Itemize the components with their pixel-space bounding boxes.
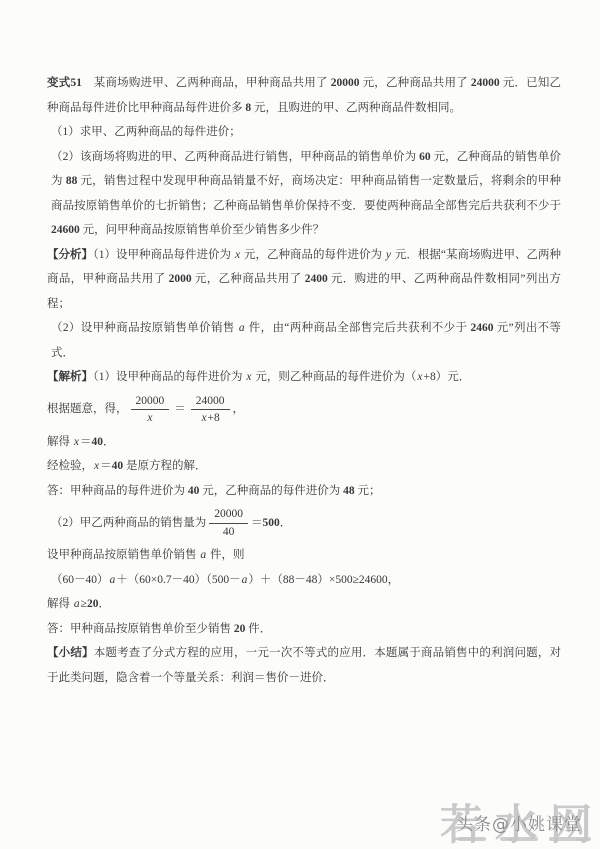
- fraction-denominator: x+8: [200, 410, 219, 425]
- equation-fraction-2: （2）甲乙两种商品的销售量为 20000 40 ＝500．: [47, 503, 561, 543]
- analysis-part-2: （2）设甲种商品按原销售单价销售 a 件，由“两种商品全部售完后共获利不少于 2…: [47, 316, 561, 365]
- equation-1-prefix: 根据题意，得，: [47, 397, 128, 422]
- answer-2: 答：甲种商品按原销售单价至少销售 20 件．: [47, 617, 561, 642]
- equals-sign: ＝: [174, 397, 186, 422]
- equation-fraction-1: 根据题意，得， 20000 x ＝ 24000 x+8 ，: [47, 390, 561, 430]
- fraction-denominator: x: [146, 410, 153, 425]
- fraction-denominator: 40: [223, 524, 235, 539]
- check-x: 经检验，x＝40 是原方程的解．: [47, 454, 561, 479]
- answer-1: 答：甲种商品的每件进价为 40 元，乙种商品的每件进价为 48 元；: [47, 479, 561, 504]
- problem-statement: 变式51 某商场购进甲、乙两种商品，甲种商品共用了 20000 元，乙种商品共用…: [47, 71, 561, 120]
- question-1: （1）求甲、乙两种商品的每件进价；: [47, 120, 561, 145]
- inequality-line: （60－40）a＋（60×0.7－40）（500－a）＋（88－48）×500≥…: [47, 568, 561, 593]
- solution-setup: 【解析】（1）设甲种商品的每件进价为 x 元，则乙种商品的每件进价为（x+8）元…: [47, 365, 561, 390]
- blurred-caption-text: [458, 837, 486, 841]
- equation-1-suffix: ，: [233, 397, 245, 422]
- equation-2-suffix: ＝500．: [251, 511, 291, 536]
- question-2: （2）该商场将购进的甲、乙两种商品进行销售，甲种商品的销售单价为 60 元，乙种…: [47, 145, 561, 243]
- solve-a: 解得 a≥20．: [47, 592, 561, 617]
- fraction-numerator: 20000: [131, 394, 170, 410]
- summary-note: 【小结】本题考查了分式方程的应用，一元一次不等式的应用．本题属于商品销售中的利润…: [47, 641, 561, 690]
- document-page: 变式51 某商场购进甲、乙两种商品，甲种商品共用了 20000 元，乙种商品共用…: [0, 0, 600, 849]
- fraction-24000-over-x-plus-8: 24000 x+8: [191, 394, 230, 426]
- fraction-numerator: 20000: [209, 507, 248, 523]
- let-a-statement: 设甲种商品按原销售单价销售 a 件，则: [47, 543, 561, 568]
- blurred-caption-text: [549, 837, 591, 841]
- fraction-numerator: 24000: [191, 394, 230, 410]
- analysis-part-1: 【分析】（1）设甲种商品每件进价为 x 元，乙种商品的每件进价为 y 元．根据“…: [47, 243, 561, 317]
- equation-2-prefix: （2）甲乙两种商品的销售量为: [51, 511, 206, 536]
- blurred-caption-text: [500, 837, 538, 841]
- watermark-channel-text: 头条@小姚课堂: [456, 810, 582, 835]
- solve-x: 解得 x＝40．: [47, 430, 561, 455]
- fraction-20000-over-40: 20000 40: [209, 507, 248, 539]
- fraction-20000-over-x: 20000 x: [131, 394, 170, 426]
- exercise-body: 变式51 某商场购进甲、乙两种商品，甲种商品共用了 20000 元，乙种商品共用…: [47, 71, 561, 690]
